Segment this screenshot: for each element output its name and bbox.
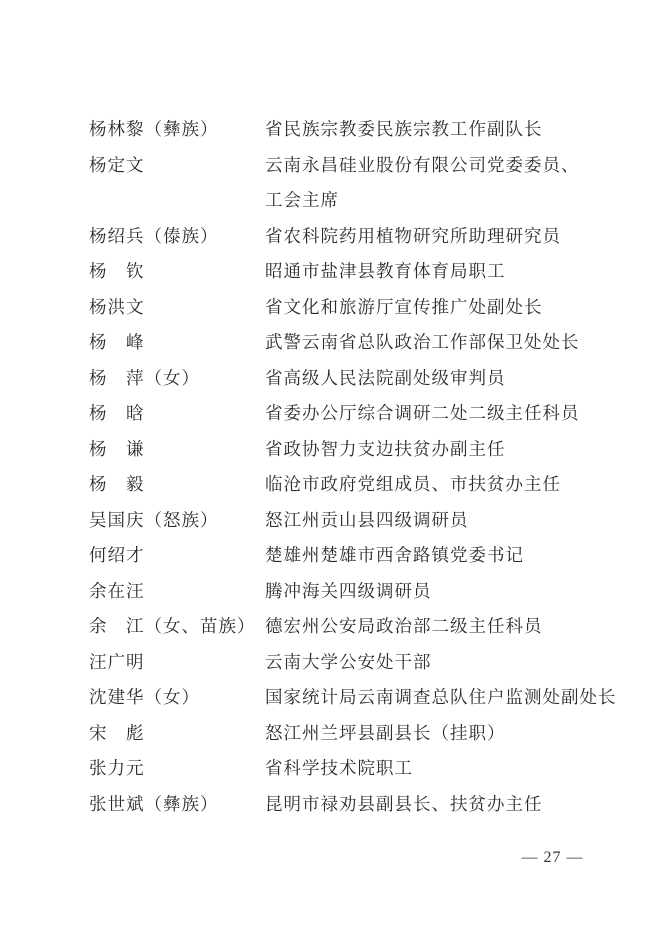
person-name: 杨绍兵（傣族）	[89, 219, 265, 255]
person-position: 怒江州兰坪县副县长（挂职）	[265, 716, 599, 752]
person-name: 沈建华（女）	[89, 680, 265, 716]
position-line: 德宏州公安局政治部二级主任科员	[265, 609, 599, 645]
table-row: 杨 萍（女）省高级人民法院副处级审判员	[89, 361, 599, 397]
position-line: 怒江州贡山县四级调研员	[265, 503, 599, 539]
person-name: 吴国庆（怒族）	[89, 503, 265, 539]
person-position: 省政协智力支边扶贫办副主任	[265, 432, 599, 468]
name-position-list: 杨林黎（彝族）省民族宗教委民族宗教工作副队长杨定文云南永昌硅业股份有限公司党委委…	[89, 112, 599, 822]
person-name: 张世斌（彝族）	[89, 787, 265, 823]
document-page: 杨林黎（彝族）省民族宗教委民族宗教工作副队长杨定文云南永昌硅业股份有限公司党委委…	[0, 0, 670, 948]
person-position: 省委办公厅综合调研二处二级主任科员	[265, 396, 599, 432]
table-row: 何绍才楚雄州楚雄市西舍路镇党委书记	[89, 538, 599, 574]
person-name: 杨定文	[89, 148, 265, 184]
position-line: 云南大学公安处干部	[265, 645, 599, 681]
person-position: 省文化和旅游厅宣传推广处副处长	[265, 290, 599, 326]
table-row: 吴国庆（怒族）怒江州贡山县四级调研员	[89, 503, 599, 539]
table-row: 沈建华（女）国家统计局云南调查总队住户监测处副处长	[89, 680, 599, 716]
person-position: 怒江州贡山县四级调研员	[265, 503, 599, 539]
person-position: 省科学技术院职工	[265, 751, 599, 787]
person-position: 临沧市政府党组成员、市扶贫办主任	[265, 467, 599, 503]
person-position: 国家统计局云南调查总队住户监测处副处长	[265, 680, 617, 716]
person-name: 杨洪文	[89, 290, 265, 326]
position-line: 省委办公厅综合调研二处二级主任科员	[265, 396, 599, 432]
table-row: 张世斌（彝族）昆明市禄劝县副县长、扶贫办主任	[89, 787, 599, 823]
table-row: 汪广明云南大学公安处干部	[89, 645, 599, 681]
person-position: 云南大学公安处干部	[265, 645, 599, 681]
person-position: 昭通市盐津县教育体育局职工	[265, 254, 599, 290]
table-row: 杨 谦省政协智力支边扶贫办副主任	[89, 432, 599, 468]
person-name: 杨 晗	[89, 396, 265, 432]
person-name: 汪广明	[89, 645, 265, 681]
position-line: 武警云南省总队政治工作部保卫处处长	[265, 325, 599, 361]
table-row: 余 江（女、苗族）德宏州公安局政治部二级主任科员	[89, 609, 599, 645]
table-row: 杨定文云南永昌硅业股份有限公司党委委员、工会主席	[89, 148, 599, 219]
position-line: 省民族宗教委民族宗教工作副队长	[265, 112, 599, 148]
table-row: 杨绍兵（傣族）省农科院药用植物研究所助理研究员	[89, 219, 599, 255]
person-name: 杨 峰	[89, 325, 265, 361]
person-position: 武警云南省总队政治工作部保卫处处长	[265, 325, 599, 361]
position-line: 临沧市政府党组成员、市扶贫办主任	[265, 467, 599, 503]
position-line: 怒江州兰坪县副县长（挂职）	[265, 716, 599, 752]
position-line: 省文化和旅游厅宣传推广处副处长	[265, 290, 599, 326]
person-name: 杨 谦	[89, 432, 265, 468]
person-position: 省民族宗教委民族宗教工作副队长	[265, 112, 599, 148]
position-line: 昭通市盐津县教育体育局职工	[265, 254, 599, 290]
table-row: 杨林黎（彝族）省民族宗教委民族宗教工作副队长	[89, 112, 599, 148]
person-name: 余在汪	[89, 574, 265, 610]
person-position: 昆明市禄劝县副县长、扶贫办主任	[265, 787, 599, 823]
person-position: 省农科院药用植物研究所助理研究员	[265, 219, 599, 255]
table-row: 张力元省科学技术院职工	[89, 751, 599, 787]
person-name: 杨 毅	[89, 467, 265, 503]
position-line: 云南永昌硅业股份有限公司党委委员、	[265, 148, 599, 184]
table-row: 杨洪文省文化和旅游厅宣传推广处副处长	[89, 290, 599, 326]
position-line: 腾冲海关四级调研员	[265, 574, 599, 610]
person-position: 腾冲海关四级调研员	[265, 574, 599, 610]
position-line: 楚雄州楚雄市西舍路镇党委书记	[265, 538, 599, 574]
position-line: 省高级人民法院副处级审判员	[265, 361, 599, 397]
person-position: 楚雄州楚雄市西舍路镇党委书记	[265, 538, 599, 574]
position-line: 昆明市禄劝县副县长、扶贫办主任	[265, 787, 599, 823]
position-line: 国家统计局云南调查总队住户监测处副处长	[265, 680, 617, 716]
position-line: 工会主席	[265, 183, 599, 219]
table-row: 宋 彪怒江州兰坪县副县长（挂职）	[89, 716, 599, 752]
person-name: 杨 萍（女）	[89, 361, 265, 397]
table-row: 杨 晗省委办公厅综合调研二处二级主任科员	[89, 396, 599, 432]
table-row: 余在汪腾冲海关四级调研员	[89, 574, 599, 610]
page-number: — 27 —	[505, 849, 600, 867]
person-name: 杨林黎（彝族）	[89, 112, 265, 148]
position-line: 省农科院药用植物研究所助理研究员	[265, 219, 599, 255]
person-name: 张力元	[89, 751, 265, 787]
person-name: 何绍才	[89, 538, 265, 574]
table-row: 杨 峰武警云南省总队政治工作部保卫处处长	[89, 325, 599, 361]
position-line: 省政协智力支边扶贫办副主任	[265, 432, 599, 468]
person-position: 省高级人民法院副处级审判员	[265, 361, 599, 397]
table-row: 杨 毅临沧市政府党组成员、市扶贫办主任	[89, 467, 599, 503]
person-name: 杨 钦	[89, 254, 265, 290]
position-line: 省科学技术院职工	[265, 751, 599, 787]
person-position: 云南永昌硅业股份有限公司党委委员、工会主席	[265, 148, 599, 219]
person-name: 余 江（女、苗族）	[89, 609, 265, 645]
person-position: 德宏州公安局政治部二级主任科员	[265, 609, 599, 645]
person-name: 宋 彪	[89, 716, 265, 752]
table-row: 杨 钦昭通市盐津县教育体育局职工	[89, 254, 599, 290]
